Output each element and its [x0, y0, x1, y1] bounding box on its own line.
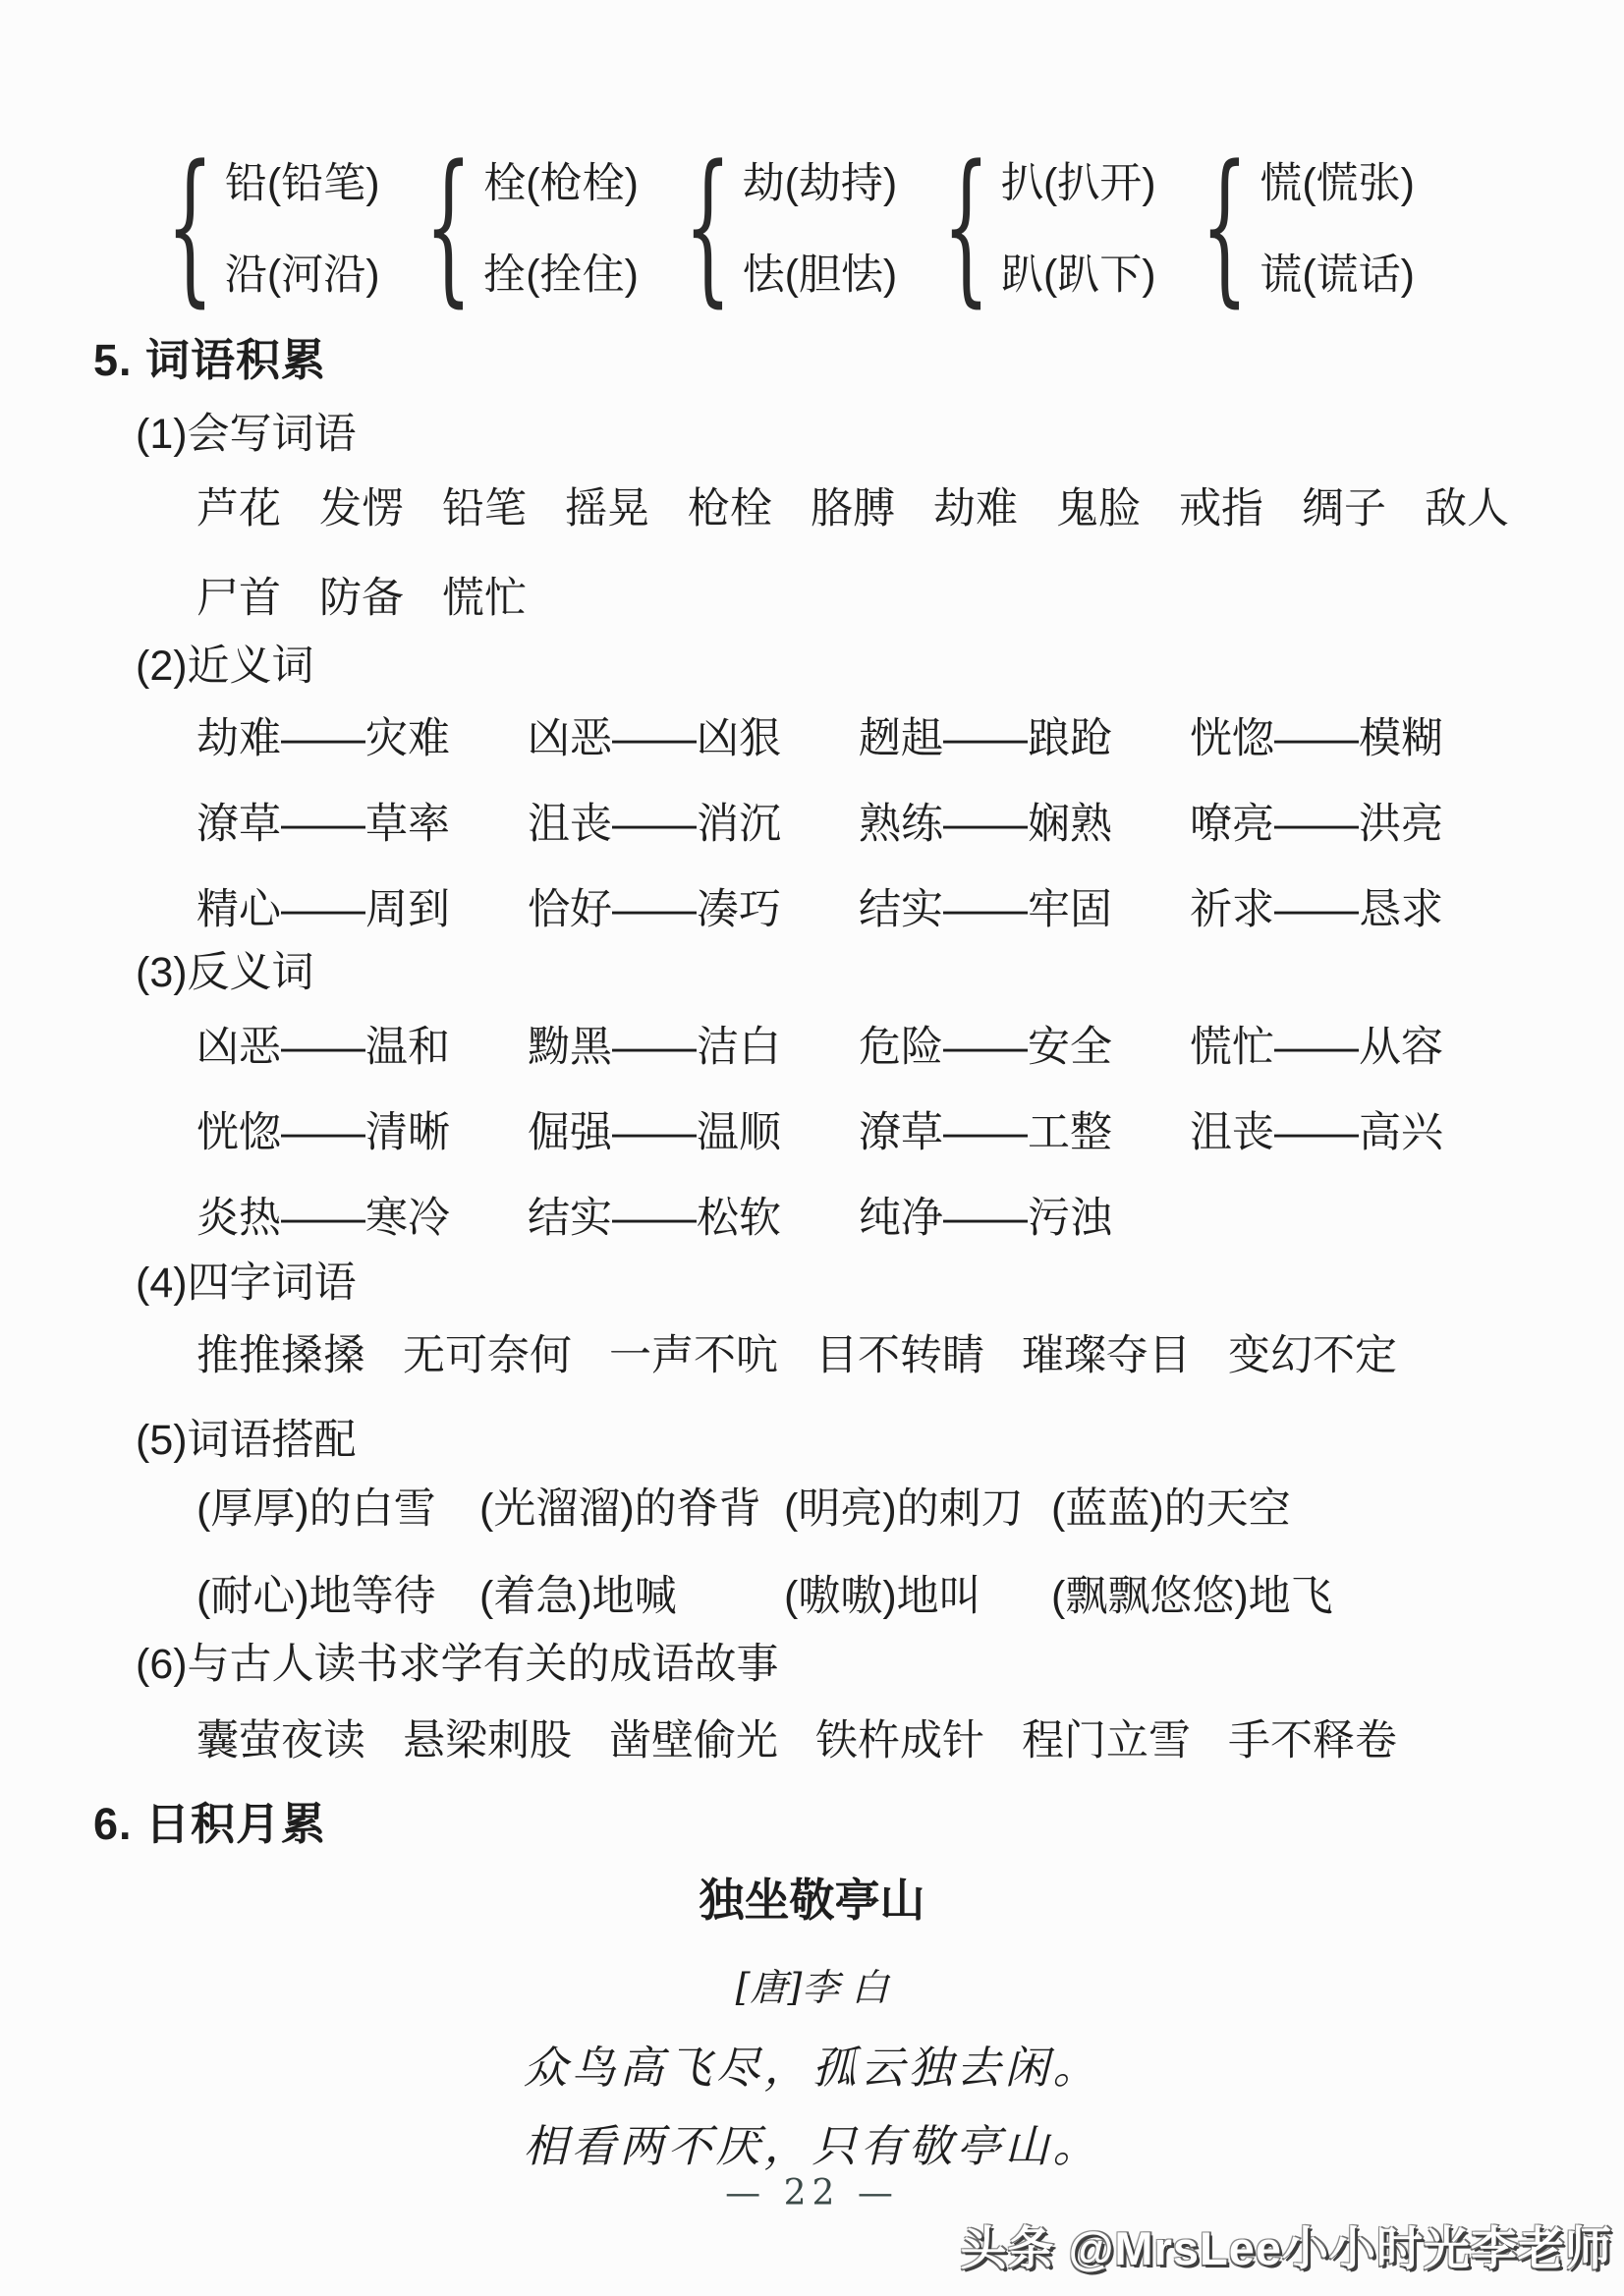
synonym-pair: 凶恶——凶狠 — [528, 705, 859, 765]
homophone-groups-row: { 铅(铅笔) 沿(河沿) { 栓(枪栓) 拴(拴住) { 劫(劫持) 怯(胆怯… — [138, 143, 1415, 308]
synonym-pair: 祈求——恳求 — [1190, 876, 1521, 936]
subsection-title-synonyms: (2)近义词 — [136, 633, 314, 693]
poem-line-2: 相看两不厌，只有敬亭山。 — [0, 2110, 1624, 2174]
antonym-pair: 纯净——污浊 — [859, 1185, 1190, 1245]
antonym-pair: 沮丧——高兴 — [1190, 1099, 1521, 1159]
synonym-pair: 嘹亮——洪亮 — [1190, 791, 1521, 851]
collocation-phrase: (着急)地喊 — [479, 1563, 784, 1623]
collocation-phrase: (飘飘悠悠)地飞 — [1051, 1563, 1474, 1623]
synonym-pair: 恍惚——模糊 — [1190, 705, 1521, 765]
collocation-phrase: (耐心)地等待 — [196, 1563, 479, 1623]
antonym-pair: 恍惚——清晰 — [196, 1099, 528, 1159]
synonym-pair: 劫难——灾难 — [196, 705, 528, 765]
antonym-pairs-list: 凶恶——温和黝黑——洁白危险——安全慌忙——从容恍惚——清晰倔强——温顺潦草——… — [196, 1014, 1533, 1245]
antonym-pair: 倔强——温顺 — [528, 1099, 859, 1159]
synonym-pair: 熟练——娴熟 — [859, 791, 1190, 851]
idiom-stories-list: 囊萤夜读悬梁刺股凿壁偷光铁杵成针程门立雪手不释卷 — [196, 1708, 1397, 1767]
four-char-word: 目不转睛 — [815, 1322, 984, 1382]
homophone-bottom: 谎(谎话) — [1260, 242, 1415, 302]
idiom-word: 囊萤夜读 — [196, 1708, 365, 1767]
homophone-group: { 慌(慌张) 谎(谎话) — [1172, 143, 1415, 308]
synonym-pair: 恰好——凑巧 — [528, 876, 859, 936]
synonym-pair: 潦草——草率 — [196, 791, 528, 851]
antonym-pair: 结实——松软 — [528, 1185, 859, 1245]
idiom-word: 凿壁偷光 — [609, 1708, 778, 1767]
brace-glyph: { — [684, 143, 731, 308]
synonym-pair: 趔趄——踉跄 — [859, 705, 1190, 765]
homophone-top: 扒(扒开) — [1001, 150, 1156, 210]
section-title-word-accumulation: 5. 词语积累 — [93, 324, 326, 388]
word-item: 铅笔 — [442, 476, 565, 535]
watermark: 头条 @MrsLee小小时光李老师 — [961, 2212, 1612, 2278]
four-char-word: 变幻不定 — [1228, 1322, 1397, 1382]
word-item: 绸子 — [1302, 476, 1425, 535]
poem-line-1: 众鸟高飞尽，孤云独去闲。 — [0, 2032, 1624, 2096]
brace-glyph: { — [425, 143, 473, 308]
homophone-bottom: 怯(胆怯) — [743, 242, 898, 302]
homophone-top: 铅(铅笔) — [225, 150, 380, 210]
four-char-word: 一声不吭 — [609, 1322, 778, 1382]
word-item: 鬼脸 — [1056, 476, 1179, 535]
idiom-word: 铁杵成针 — [815, 1708, 984, 1767]
word-item: 慌忙 — [442, 565, 565, 625]
synonym-pair: 精心——周到 — [196, 876, 528, 936]
brace-glyph: { — [942, 143, 989, 308]
antonym-pair: 慌忙——从容 — [1190, 1014, 1521, 1074]
word-item: 发愣 — [319, 476, 442, 535]
antonym-pair: 黝黑——洁白 — [528, 1014, 859, 1074]
brace-glyph: { — [166, 143, 213, 308]
homophone-top: 栓(枪栓) — [483, 150, 639, 210]
word-item: 防备 — [319, 565, 442, 625]
collocation-phrase: (蓝蓝)的天空 — [1051, 1476, 1474, 1536]
four-char-word: 璀璨夺目 — [1022, 1322, 1191, 1382]
subsection-title-four-char-words: (4)四字词语 — [136, 1250, 357, 1310]
brace-glyph: { — [1202, 143, 1249, 308]
poem-author: [唐]李 白 — [0, 1957, 1624, 2011]
word-item: 胳膊 — [811, 476, 933, 535]
four-char-words-list: 推推搡搡无可奈何一声不吭目不转睛璀璨夺目变幻不定 — [196, 1322, 1397, 1382]
homophone-group: { 劫(劫持) 怯(胆怯) — [655, 143, 898, 308]
collocation-phrase: (厚厚)的白雪 — [196, 1476, 479, 1536]
homophone-bottom: 趴(趴下) — [1001, 242, 1156, 302]
collocations-list: (厚厚)的白雪(光溜溜)的脊背(明亮)的刺刀(蓝蓝)的天空(耐心)地等待(着急)… — [196, 1476, 1474, 1623]
subsection-title-antonyms: (3)反义词 — [136, 939, 314, 999]
collocation-phrase: (光溜溜)的脊背 — [479, 1476, 784, 1536]
four-char-word: 推推搡搡 — [196, 1322, 365, 1382]
word-item: 劫难 — [933, 476, 1056, 535]
word-item: 敌人 — [1425, 476, 1547, 535]
word-item: 摇晃 — [565, 476, 688, 535]
subsection-title-write-words: (1)会写词语 — [136, 401, 357, 461]
homophone-group: { 铅(铅笔) 沿(河沿) — [138, 143, 380, 308]
collocation-phrase: (明亮)的刺刀 — [784, 1476, 1051, 1536]
idiom-word: 程门立雪 — [1022, 1708, 1191, 1767]
homophone-top: 慌(慌张) — [1260, 150, 1415, 210]
antonym-pair: 凶恶——温和 — [196, 1014, 528, 1074]
homophone-top: 劫(劫持) — [743, 150, 898, 210]
subsection-title-idiom-stories: (6)与古人读书求学有关的成语故事 — [136, 1631, 779, 1691]
section-title-accumulation: 6. 日积月累 — [93, 1788, 326, 1852]
synonym-pairs-list: 劫难——灾难凶恶——凶狠趔趄——踉跄恍惚——模糊潦草——草率沮丧——消沉熟练——… — [196, 705, 1533, 936]
homophone-bottom: 沿(河沿) — [225, 242, 380, 302]
antonym-pair: 危险——安全 — [859, 1014, 1190, 1074]
synonym-pair: 结实——牢固 — [859, 876, 1190, 936]
word-item: 芦花 — [196, 476, 319, 535]
write-words-list: 芦花发愣铅笔摇晃枪栓胳膊劫难鬼脸戒指绸子敌人尸首防备慌忙 — [196, 476, 1552, 625]
subsection-title-collocations: (5)词语搭配 — [136, 1407, 357, 1467]
antonym-pair: 潦草——工整 — [859, 1099, 1190, 1159]
word-item: 尸首 — [196, 565, 319, 625]
antonym-pair: 炎热——寒冷 — [196, 1185, 528, 1245]
homophone-group: { 栓(枪栓) 拴(拴住) — [396, 143, 639, 308]
homophone-bottom: 拴(拴住) — [483, 242, 639, 302]
word-item: 枪栓 — [688, 476, 811, 535]
homophone-group: { 扒(扒开) 趴(趴下) — [914, 143, 1156, 308]
idiom-word: 手不释卷 — [1228, 1708, 1397, 1767]
page-number: — 22 — — [0, 2173, 1624, 2213]
idiom-word: 悬梁刺股 — [403, 1708, 572, 1767]
synonym-pair: 沮丧——消沉 — [528, 791, 859, 851]
poem-title: 独坐敬亭山 — [0, 1865, 1624, 1930]
word-item: 戒指 — [1179, 476, 1302, 535]
collocation-phrase: (嗷嗷)地叫 — [784, 1563, 1051, 1623]
four-char-word: 无可奈何 — [403, 1322, 572, 1382]
